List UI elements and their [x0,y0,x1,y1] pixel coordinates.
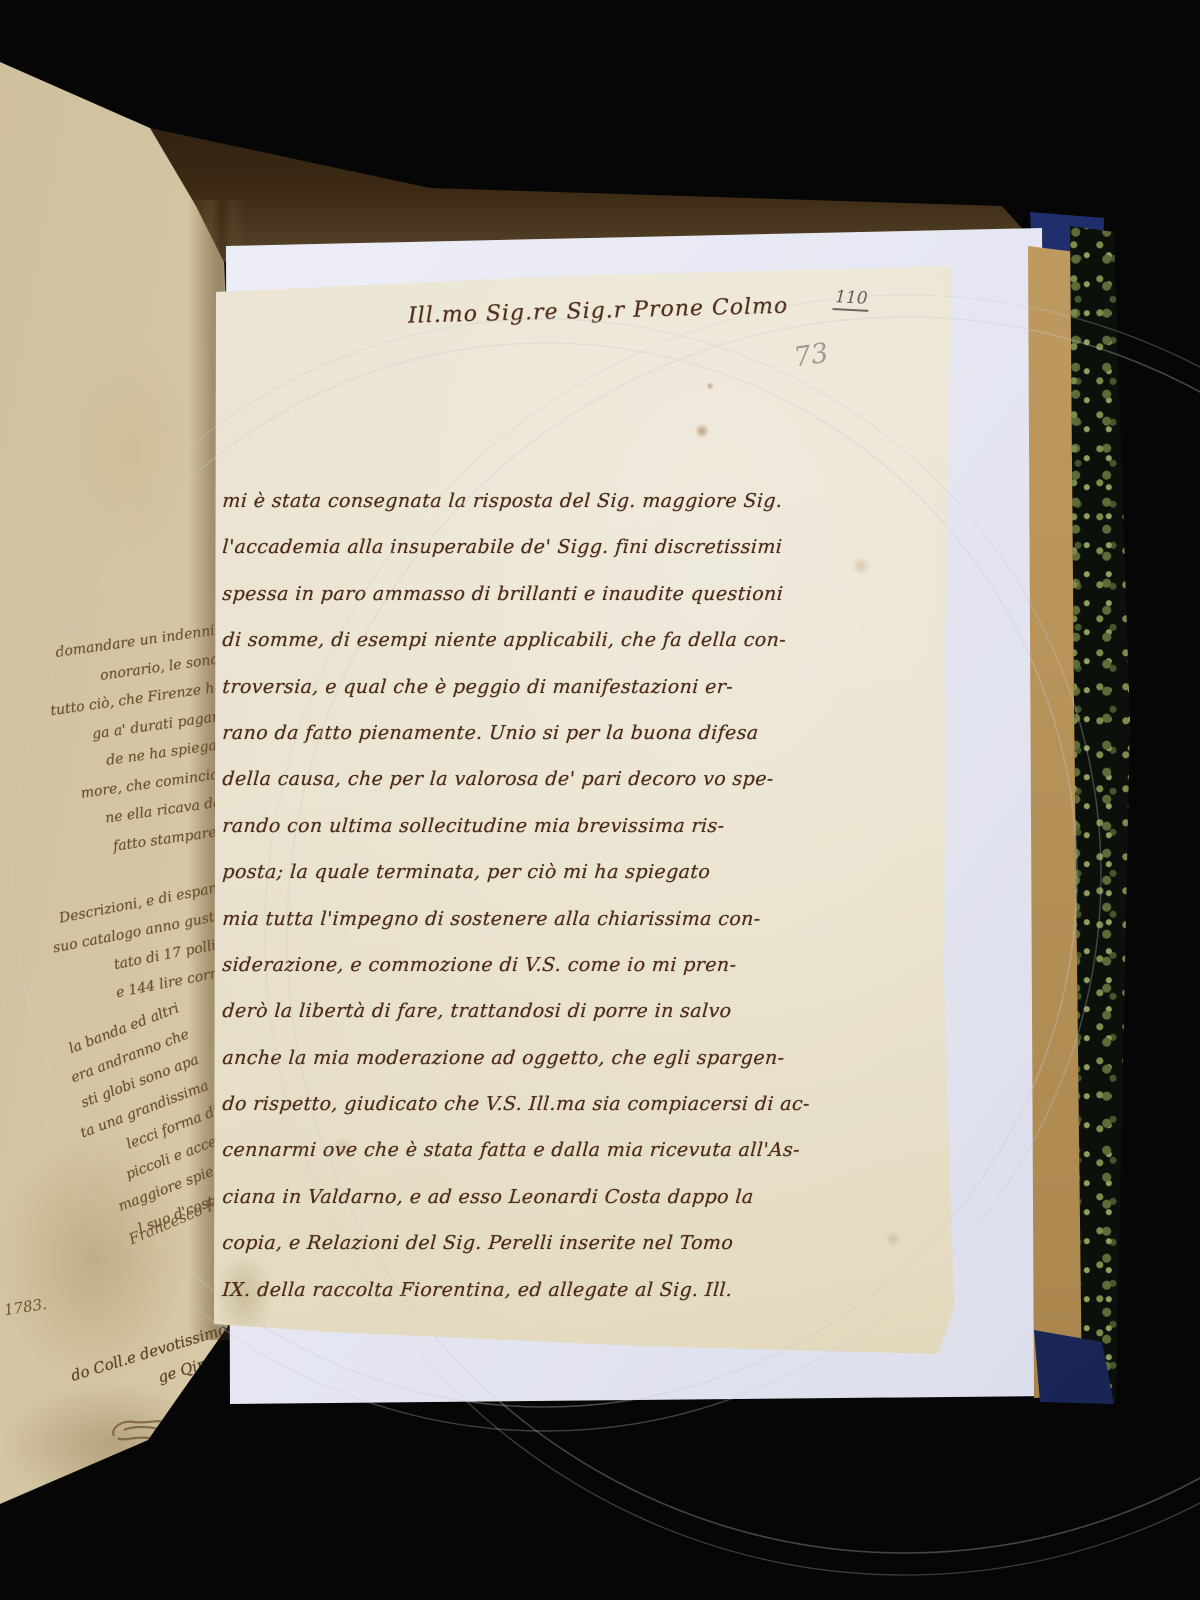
body-line: copia, e Relazioni del Sig. Perelli inse… [220,1232,951,1278]
foxing-spot [694,424,710,438]
folio-number: 110 [832,287,870,312]
salutation-heading: Ill.mo Sig.re Sig.r Prone Colmo [408,292,839,328]
body-line: IX. della raccolta Fiorentina, ed allega… [220,1279,951,1325]
foxing-spot [706,382,714,390]
body-line: spessa in paro ammasso di brillanti e in… [220,583,951,629]
ink-scribble-ornament [108,1408,178,1448]
body-line: mia tutta l'impegno di sostenere alla ch… [220,908,951,954]
body-line: della causa, che per la valorosa de' par… [220,768,951,814]
body-line: troversia, e qual che è peggio di manife… [220,676,951,722]
manuscript-photo: domandare un indenni onorario, le sono t… [0,0,1200,1600]
body-line: mi è stata consegnata la risposta del Si… [220,490,951,536]
body-line: anche la mia moderazione ad oggetto, che… [220,1047,951,1093]
body-line: ciana in Valdarno, e ad esso Leonardi Co… [220,1186,951,1232]
pencil-folio-number: 73 [792,338,831,374]
body-line: do rispetto, giudicato che V.S. Ill.ma s… [220,1093,951,1139]
body-line: l'accademia alla insuperabile de' Sigg. … [220,536,951,582]
body-line: rano da fatto pienamente. Unio si per la… [220,722,951,768]
body-line: cennarmi ove che è stata fatta e dalla m… [220,1139,951,1185]
body-line: derò la libertà di fare, trattandosi di … [220,1000,951,1046]
body-line: rando con ultima sollecitudine mia brevi… [220,815,951,861]
body-line: di somme, di esempi niente applicabili, … [220,629,951,675]
verso-stain [60,340,200,560]
letter-body: mi è stata consegnata la risposta del Si… [220,490,948,1325]
body-line: posta; la quale terminata, per ciò mi ha… [220,861,951,907]
body-line: siderazione, e commozione di V.S. come i… [220,954,951,1000]
